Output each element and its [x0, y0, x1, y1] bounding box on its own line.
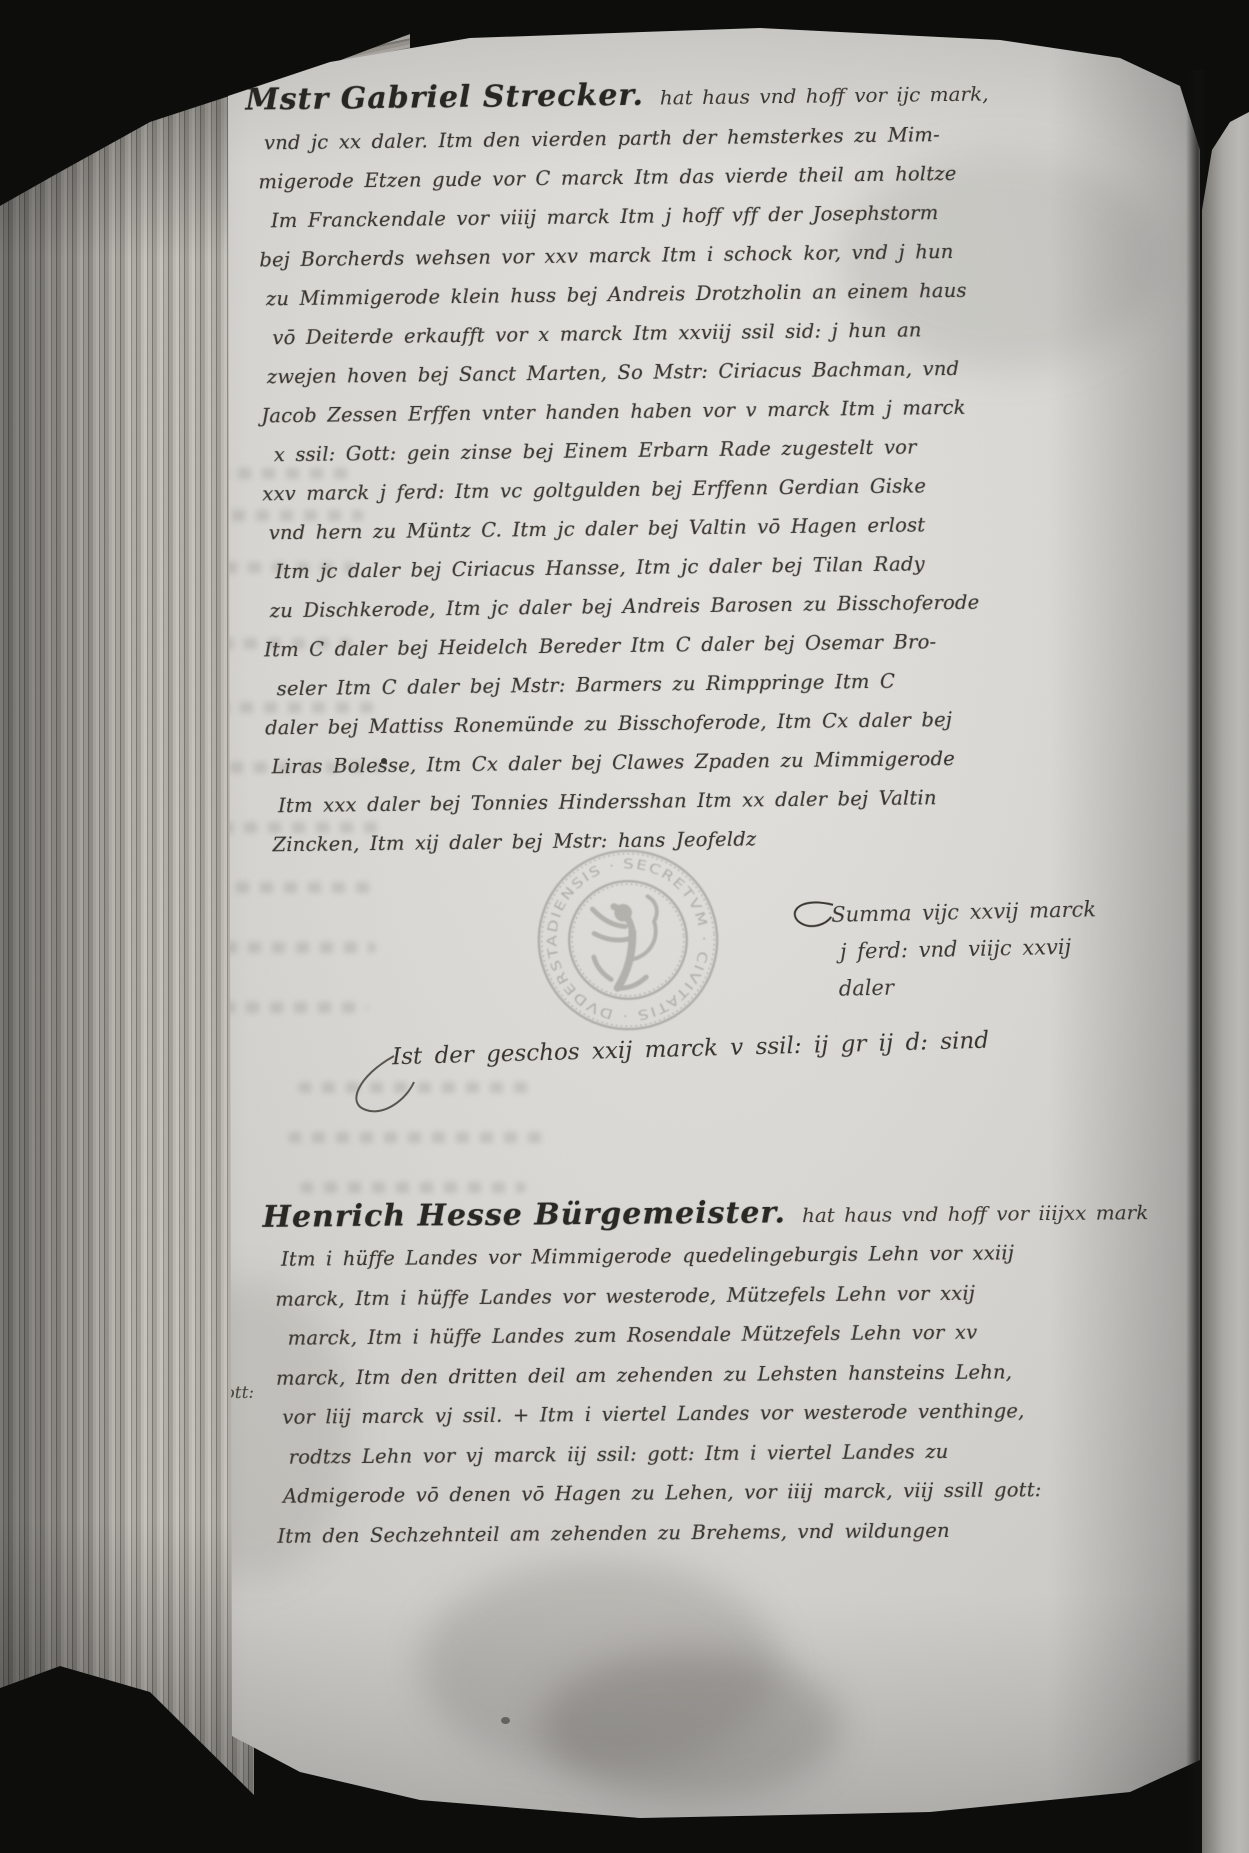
pen-flourish — [348, 1052, 488, 1122]
entry-henrich-hesse: Henrich Hesse Bürgemeister. hat haus vnd… — [262, 1192, 1151, 1556]
summa-line: j ferd: vnd viijc xxvij — [840, 928, 1098, 970]
manuscript-line: vnd jc xx daler. Itm den vierden parth d… — [264, 114, 989, 162]
seal-inscription: SECRETVM · CIVITATIS · DVDERSTADIENSIS · — [540, 852, 717, 1029]
manuscript-line: Zincken, Itm xij daler bej Mstr: hans Je… — [272, 816, 997, 864]
manuscript-line: rodtzs Lehn vor vj marck iij ssil: gott:… — [289, 1430, 1151, 1477]
manuscript-line: Itm xxx daler bej Tonnies Hindersshan It… — [278, 777, 997, 825]
paper-stain — [420, 1560, 780, 1770]
entry-heading: Mstr Gabriel Strecker. — [245, 78, 644, 118]
entry-heading-continuation: hat haus vnd hoff vor ijc mark, — [660, 81, 989, 109]
summa-line: daler — [838, 965, 1098, 1007]
ink-speck — [501, 1717, 510, 1724]
manuscript-line: bej Borcherds wehsen vor xxv marck Itm i… — [259, 231, 990, 279]
ink-speck — [381, 758, 387, 764]
manuscript-line: zu Mimmigerode klein huss bej Andreis Dr… — [266, 270, 991, 318]
manuscript-line: marck, Itm den dritten deil am zehenden … — [276, 1351, 1150, 1398]
manuscript-line: Liras Bolesse, Itm Cx daler bej Clawes Z… — [271, 738, 996, 786]
manuscript-line: Itm jc daler bej Ciriacus Hansse, Itm jc… — [275, 543, 994, 591]
entry-heading-continuation: hat haus vnd hoff vor iiijxx mark — [802, 1200, 1149, 1227]
geschoss-line: Ist der geschos xxij marck v ssil: ij gr… — [392, 1028, 990, 1071]
paper-stain — [840, 150, 1160, 370]
manuscript-line: Im Franckendale vor viiij marck Itm j ho… — [271, 192, 990, 240]
manuscript-line: Itm C daler bej Heidelch Bereder Itm C d… — [264, 621, 995, 669]
manuscript-line: x ssil: Gott: gein zinse bej Einem Erbar… — [274, 426, 993, 474]
page-edges-stack — [0, 0, 254, 1853]
manuscript-line: zwejen hoven bej Sanct Marten, So Mstr: … — [267, 348, 992, 396]
manuscript-line: Jacob Zessen Erffen vnter handen haben v… — [261, 387, 992, 435]
entry-body: Itm i hüffe Landes vor Mimmigerode quede… — [275, 1232, 1151, 1556]
manuscript-line: xxv marck j ferd: Itm vc goltgulden bej … — [262, 465, 993, 513]
manuscript-line: vō Deiterde erkaufft vor x marck Itm xxv… — [272, 309, 991, 357]
duderstadt-city-seal: SECRETVM · CIVITATIS · DVDERSTADIENSIS · — [523, 833, 732, 1046]
entry-headline: Mstr Gabriel Strecker. hat haus vnd hoff… — [245, 73, 988, 117]
summa-line: Summa vijc xxvij marck — [831, 891, 1097, 934]
bleed-through-line — [298, 1082, 536, 1093]
manuscript-line: Admigerode vō denen vō Hagen zu Lehen, v… — [283, 1469, 1151, 1516]
book-photograph: SECRETVM · CIVITATIS · DVDERSTADIENSIS ·… — [0, 0, 1249, 1853]
entry-body: vnd jc xx daler. Itm den vierden parth d… — [258, 114, 998, 864]
manuscript-line: vnd hern zu Müntz C. Itm jc daler bej Va… — [269, 504, 994, 552]
manuscript-line: Itm i hüffe Landes vor Mimmigerode quede… — [281, 1232, 1149, 1279]
entry-heading: Henrich Hesse Bürgemeister. — [262, 1195, 786, 1235]
manuscript-line: vor liij marck vj ssil. + Itm i viertel … — [282, 1390, 1150, 1437]
entry-gabriel-strecker: Mstr Gabriel Strecker. hat haus vnd hoff… — [245, 73, 998, 864]
manuscript-line: seler Itm C daler bej Mstr: Barmers zu R… — [276, 660, 995, 708]
manuscript-line: migerode Etzen gude vor C marck Itm das … — [258, 153, 989, 201]
svg-text:SECRETVM · CIVITATIS · DVDERST: SECRETVM · CIVITATIS · DVDERSTADIENSIS · — [540, 852, 717, 1029]
facing-page-edge — [1202, 0, 1249, 1853]
manuscript-line: marck, Itm i hüffe Landes zum Rosendale … — [288, 1311, 1150, 1358]
bleed-through-line — [288, 1132, 546, 1143]
manuscript-line: Itm den Sechzehnteil am zehenden zu Breh… — [277, 1509, 1151, 1556]
paper-stain — [540, 1650, 840, 1800]
summa-note: Summa vijc xxvij marck j ferd: vnd viijc… — [837, 891, 1098, 1007]
rampant-lion-emblem — [590, 896, 662, 990]
manuscript-line: daler bej Mattiss Ronemünde zu Bisschofe… — [265, 699, 996, 747]
entry-headline: Henrich Hesse Bürgemeister. hat haus vnd… — [262, 1192, 1148, 1235]
bleed-through-line — [300, 1182, 526, 1193]
manuscript-line: zu Dischkerode, Itm jc daler bej Andreis… — [269, 582, 994, 630]
manuscript-line: marck, Itm i hüffe Landes vor westerode,… — [275, 1272, 1149, 1319]
pen-flourish — [785, 899, 838, 934]
